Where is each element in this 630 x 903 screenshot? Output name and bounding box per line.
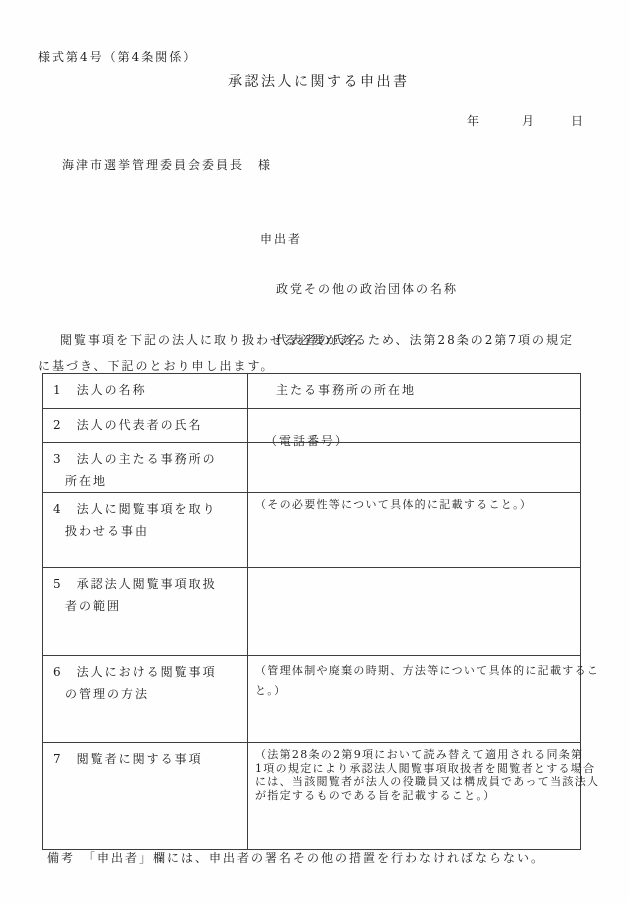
date-day-label: 日 [571,112,585,129]
row-label: 7 閲覧者に関する事項 [43,743,248,850]
table-row-handler-scope: 5 承認法人閲覧事項取扱 者の範囲 [43,568,581,656]
table-row-office-address: 3 法人の主たる事務所の 所在地 [43,443,581,493]
table-row-corporation-name: 1 法人の名称 [43,374,581,409]
row-entry-cell: （法第28条の2第9項において読み替えて適用される同条第 1項の規定により承認法… [248,743,581,850]
remark-note: 備考 「申出者」欄には、申出者の署名その他の措置を行わなければならない。 [47,849,545,866]
table-row-management-method: 6 法人における閲覧事項 の管理の方法 （管理体制や廃棄の時期、方法等について具… [43,656,581,743]
addressee: 海津市選挙管理委員会委員長 様 [62,156,272,173]
row-entry-cell: （管理体制や廃棄の時期、方法等について具体的に記載するこ と。） [248,656,581,743]
form-table: 1 法人の名称 2 法人の代表者の氏名 3 法人の主たる事務所の 所在地 4 法… [42,373,581,850]
row-label: 5 承認法人閲覧事項取扱 者の範囲 [43,568,248,656]
row-entry-cell [248,374,581,409]
applicant-field-organization-name: 政党その他の政治団体の名称 [276,278,458,300]
row-label: 1 法人の名称 [43,374,248,409]
applicant-heading: 申出者 [260,228,458,250]
body-paragraph: 閲覧事項を下記の法人に取り扱わせる必要があるため、法第28条の2第7項の規定 に… [38,327,598,379]
row-entry-cell [248,409,581,443]
form-table-body: 1 法人の名称 2 法人の代表者の氏名 3 法人の主たる事務所の 所在地 4 法… [43,374,581,850]
row-entry-cell [248,443,581,493]
row-label: 3 法人の主たる事務所の 所在地 [43,443,248,493]
table-row-representative-name: 2 法人の代表者の氏名 [43,409,581,443]
row-entry-cell [248,568,581,656]
date-month-label: 月 [522,112,536,129]
table-row-viewer-matters: 7 閲覧者に関する事項 （法第28条の2第9項において読み替えて適用される同条第… [43,743,581,850]
date-year-label: 年 [467,112,481,129]
row-label: 2 法人の代表者の氏名 [43,409,248,443]
application-form-page: 様式第4号（第4条関係） 承認法人に関する申出書 年 月 日 海津市選挙管理委員… [0,0,630,903]
row-label: 4 法人に閲覧事項を取り 扱わせる事由 [43,493,248,568]
row-entry-cell: （その必要性等について具体的に記載すること。） [248,493,581,568]
table-row-reason-for-handling: 4 法人に閲覧事項を取り 扱わせる事由 （その必要性等について具体的に記載するこ… [43,493,581,568]
page-title: 承認法人に関する申出書 [228,71,410,91]
form-number: 様式第4号（第4条関係） [38,48,197,65]
row-label: 6 法人における閲覧事項 の管理の方法 [43,656,248,743]
